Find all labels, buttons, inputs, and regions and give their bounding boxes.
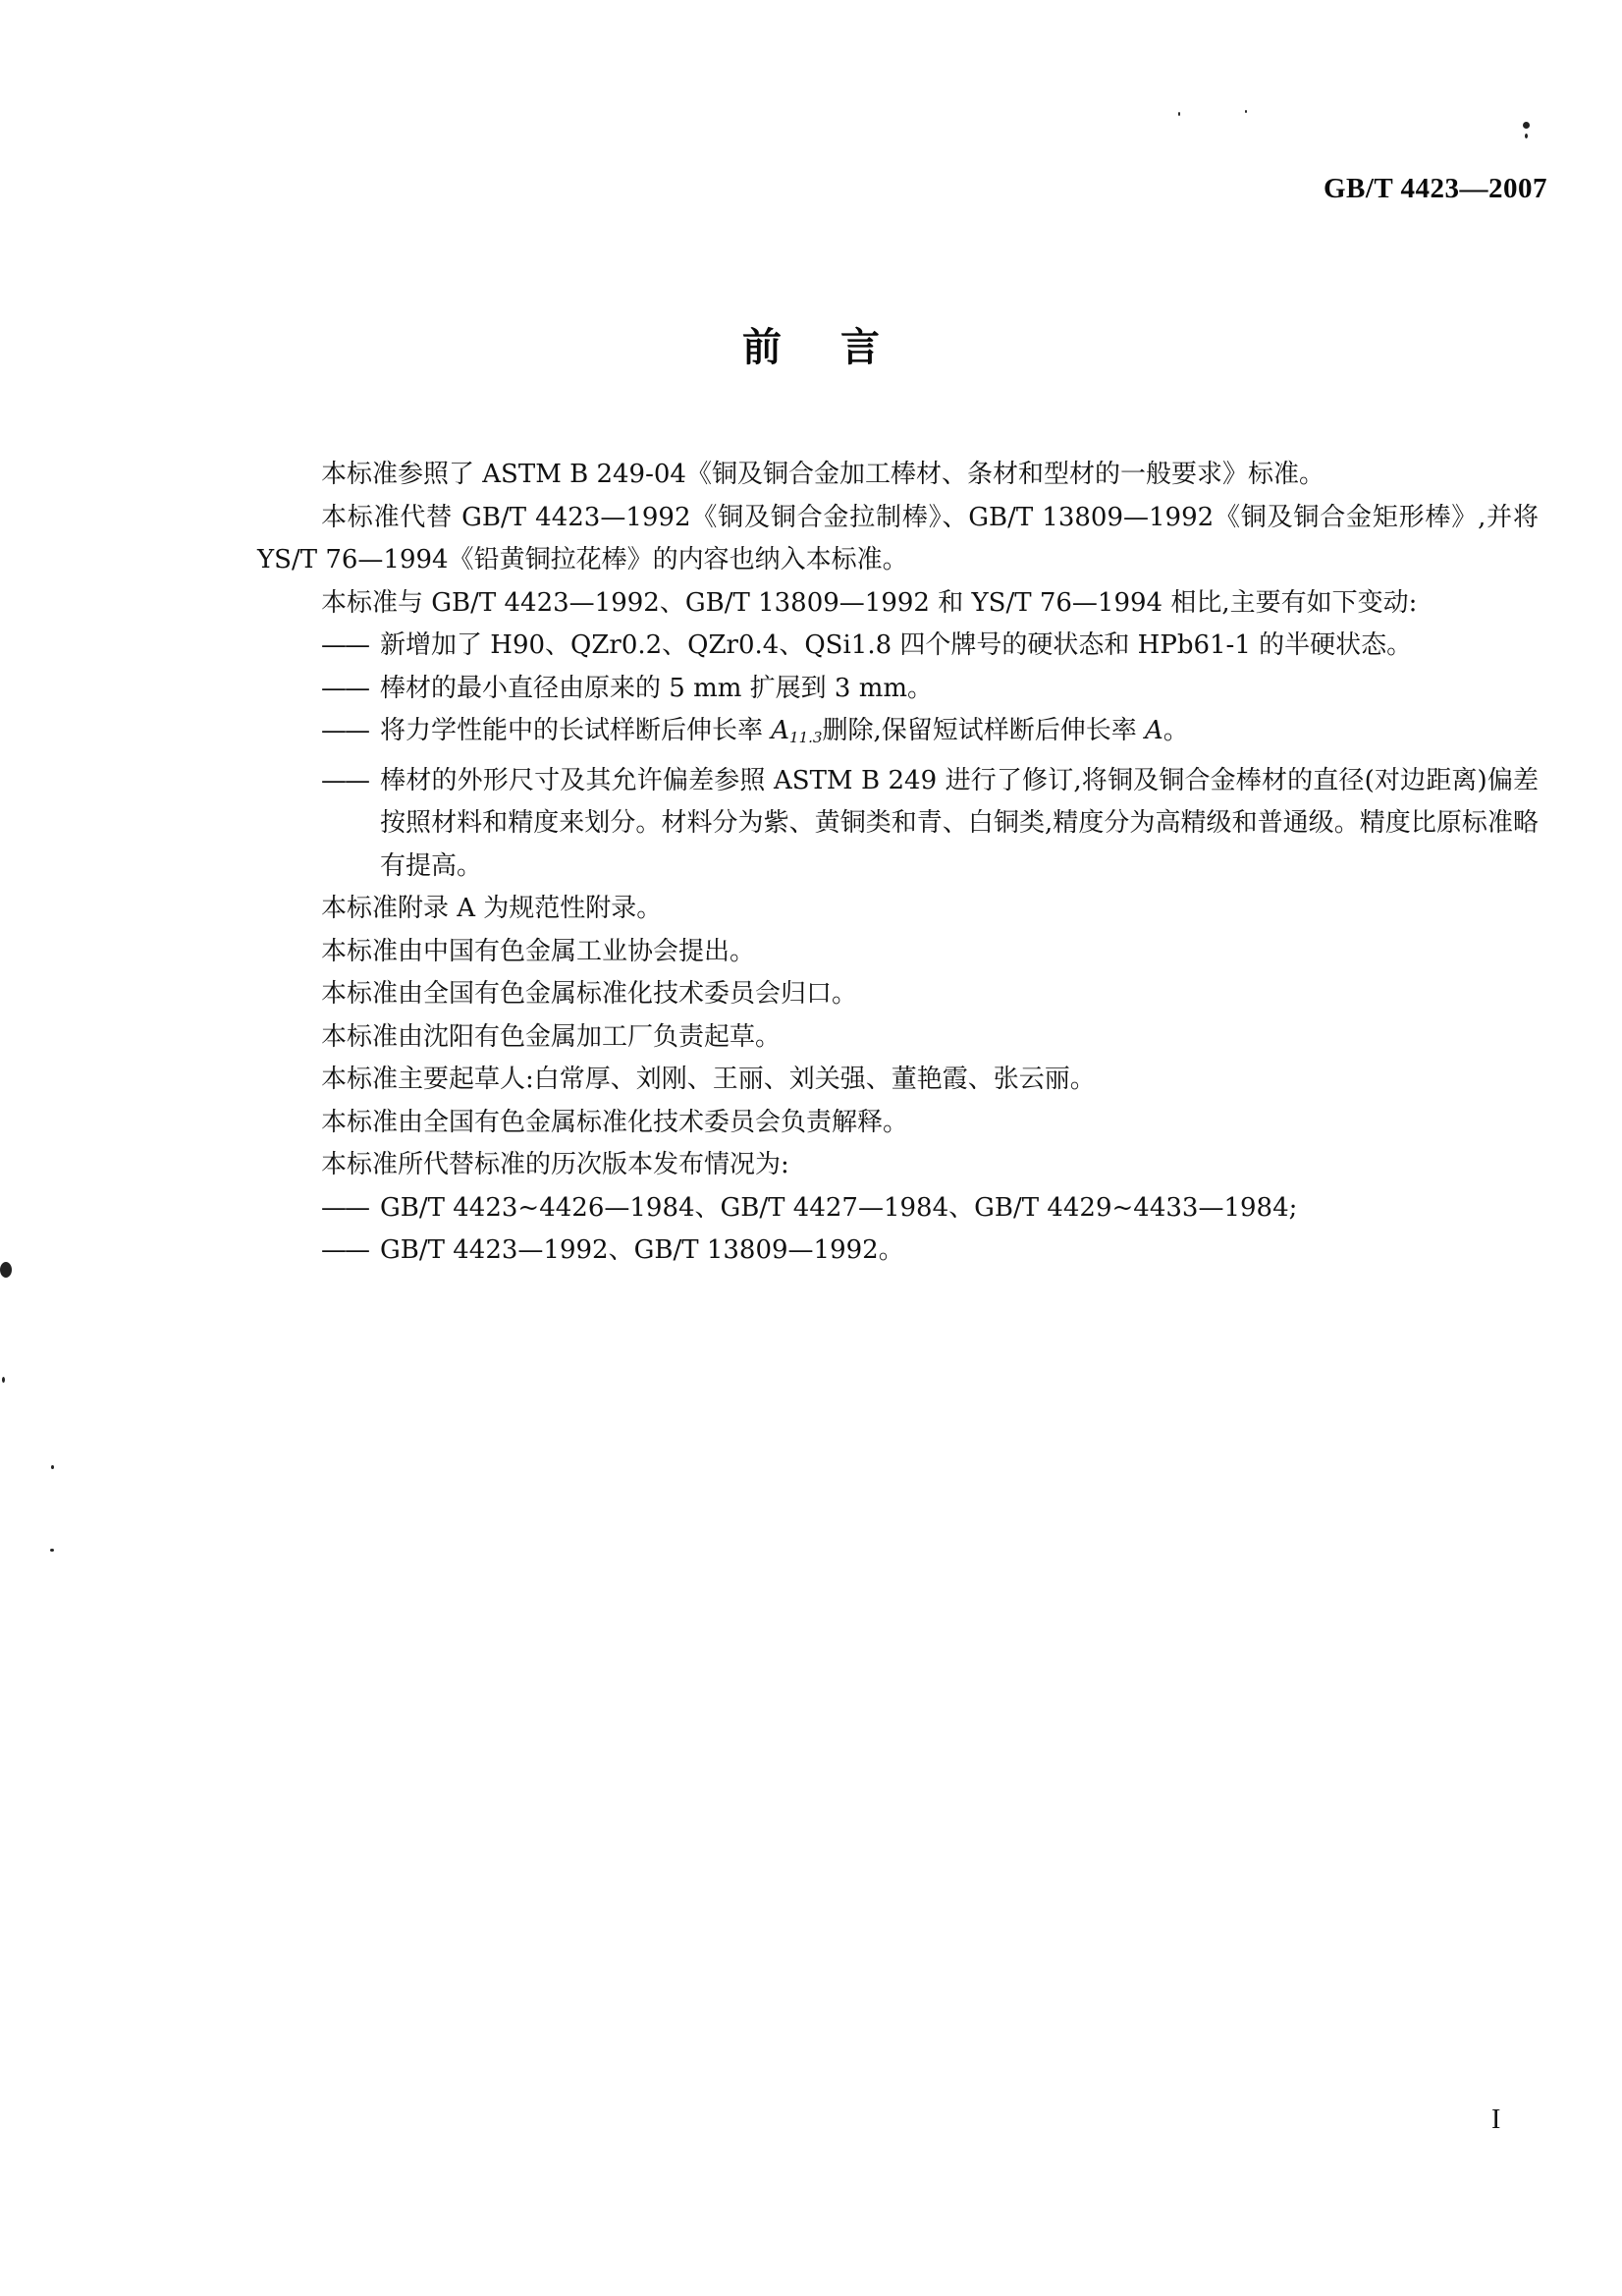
scan-speck xyxy=(1178,112,1180,116)
change-item-new-grades: ——新增加了 H90、QZr0.2、QZr0.4、QSi1.8 四个牌号的硬状态… xyxy=(257,625,1539,668)
change-item-text-after: 删除,保留短试样断后伸长率 xyxy=(822,716,1145,745)
change-item-text: 棒材的最小直径由原来的 5 mm 扩展到 3 mm。 xyxy=(380,674,933,703)
scan-speck xyxy=(1525,134,1528,138)
dash-marker: —— xyxy=(321,1230,380,1273)
paragraph-changes-intro: 本标准与 GB/T 4423—1992、GB/T 13809—1992 和 YS… xyxy=(257,582,1539,626)
change-item-text-before: 将力学性能中的长试样断后伸长率 xyxy=(380,716,771,745)
elongation-symbol: A xyxy=(771,716,789,745)
paragraph-history-intro: 本标准所代替标准的历次版本发布情况为: xyxy=(257,1144,1539,1187)
scan-speck xyxy=(2,1377,5,1383)
change-item-min-diameter: ——棒材的最小直径由原来的 5 mm 扩展到 3 mm。 xyxy=(257,668,1539,711)
standard-code: GB/T 4423—2007 xyxy=(1324,173,1547,205)
scan-speck xyxy=(51,1465,54,1469)
change-item-elongation: ——将力学性能中的长试样断后伸长率 A11.3删除,保留短试样断后伸长率 A。 xyxy=(257,710,1539,760)
dash-marker: —— xyxy=(321,760,380,803)
history-item-1992: ——GB/T 4423—1992、GB/T 13809—1992。 xyxy=(257,1230,1539,1273)
change-item-text-end: 。 xyxy=(1163,716,1189,745)
scan-speck xyxy=(0,1262,12,1278)
dash-marker: —— xyxy=(321,625,380,668)
paragraph-drafted-by: 本标准由沈阳有色金属加工厂负责起草。 xyxy=(257,1016,1539,1060)
page-title: 前言 xyxy=(0,316,1622,372)
dash-marker: —— xyxy=(321,710,380,753)
change-item-text: 棒材的外形尺寸及其允许偏差参照 ASTM B 249 进行了修订,将铜及铜合金棒… xyxy=(380,766,1539,881)
paragraph-supersedes: 本标准代替 GB/T 4423—1992《铜及铜合金拉制棒》、GB/T 1380… xyxy=(257,497,1539,582)
elongation-symbol-short: A xyxy=(1145,716,1163,745)
paragraph-centralized-by: 本标准由全国有色金属标准化技术委员会归口。 xyxy=(257,973,1539,1016)
scan-speck xyxy=(1523,122,1530,129)
paragraph-interpretation: 本标准由全国有色金属标准化技术委员会负责解释。 xyxy=(257,1102,1539,1145)
history-item-1984: ——GB/T 4423~4426—1984、GB/T 4427—1984、GB/… xyxy=(257,1187,1539,1230)
elongation-subscript: 11.3 xyxy=(789,729,822,746)
paragraph-reference: 本标准参照了 ASTM B 249-04《铜及铜合金加工棒材、条材和型材的一般要… xyxy=(257,454,1539,497)
change-item-text: 新增加了 H90、QZr0.2、QZr0.4、QSi1.8 四个牌号的硬状态和 … xyxy=(380,630,1412,660)
scan-speck xyxy=(50,1549,54,1552)
scan-speck xyxy=(1245,110,1247,113)
history-item-text: GB/T 4423—1992、GB/T 13809—1992。 xyxy=(380,1235,904,1265)
paragraph-proposed-by: 本标准由中国有色金属工业协会提出。 xyxy=(257,931,1539,974)
dash-marker: —— xyxy=(321,668,380,711)
paragraph-annex: 本标准附录 A 为规范性附录。 xyxy=(257,888,1539,931)
dash-marker: —— xyxy=(321,1187,380,1230)
page-number: I xyxy=(1491,2105,1500,2136)
foreword-body: 本标准参照了 ASTM B 249-04《铜及铜合金加工棒材、条材和型材的一般要… xyxy=(257,454,1539,1273)
change-item-dimensions: ——棒材的外形尺寸及其允许偏差参照 ASTM B 249 进行了修订,将铜及铜合… xyxy=(257,760,1539,889)
history-item-text: GB/T 4423~4426—1984、GB/T 4427—1984、GB/T … xyxy=(380,1193,1297,1223)
paragraph-drafters: 本标准主要起草人:白常厚、刘刚、王丽、刘关强、董艳霞、张云丽。 xyxy=(257,1059,1539,1102)
